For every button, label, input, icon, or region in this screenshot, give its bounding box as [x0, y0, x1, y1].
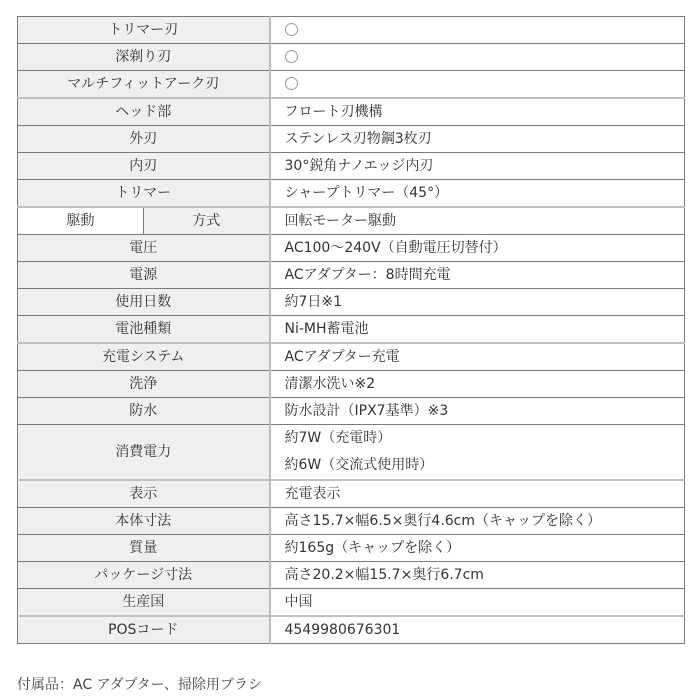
- spec-value: 高さ20.2×幅15.7×奥行6.7cm: [270, 562, 685, 589]
- spec-label: 内刃: [18, 153, 270, 180]
- spec-label: 電池種類: [18, 316, 270, 344]
- spec-label: ヘッド部: [18, 98, 270, 126]
- spec-value: ステンレス刃物鋼3枚刃: [270, 126, 685, 153]
- spec-row-drive-method: 駆動 方式 回転モーター駆動: [18, 207, 685, 235]
- spec-row-package-dimensions: パッケージ寸法 高さ20.2×幅15.7×奥行6.7cm: [18, 562, 685, 589]
- spec-label: マルチフィットアーク刃: [18, 71, 270, 99]
- spec-row-pos-code: POSコード 4549980676301: [18, 616, 685, 644]
- spec-value: 約7日※1: [270, 289, 685, 316]
- spec-table: トリマー刃 深剃り刃 マルチフィットアーク刃 ヘッド部 フロート刃機構 外刃 ス…: [17, 16, 685, 644]
- spec-row-outer-blade: 外刃 ステンレス刃物鋼3枚刃: [18, 126, 685, 153]
- spec-label: 表示: [18, 480, 270, 508]
- circle-mark-icon: [285, 50, 298, 63]
- spec-row-country: 生産国 中国: [18, 589, 685, 617]
- spec-row-deep-shave-blade: 深剃り刃: [18, 44, 685, 71]
- spec-value: [270, 17, 685, 44]
- spec-value: 回転モーター駆動: [270, 207, 685, 235]
- spec-value: フロート刃機構: [270, 98, 685, 126]
- spec-value: 中国: [270, 589, 685, 617]
- spec-label: 深剃り刃: [18, 44, 270, 71]
- spec-value: 高さ15.7×幅6.5×奥行4.6cm（キャップを除く）: [270, 508, 685, 535]
- spec-label: 消費電力: [18, 425, 270, 481]
- spec-label: 防水: [18, 398, 270, 425]
- spec-label: 質量: [18, 535, 270, 562]
- spec-row-inner-blade: 内刃 30°鋭角ナノエッジ内刃: [18, 153, 685, 180]
- spec-row-trimmer-blade: トリマー刃: [18, 17, 685, 44]
- spec-row-washing: 洗浄 清潔水洗い※2: [18, 371, 685, 398]
- spec-value: [270, 71, 685, 99]
- spec-label: トリマー刃: [18, 17, 270, 44]
- spec-value-line: 約6W（交流式使用時）: [285, 452, 684, 479]
- spec-row-head: ヘッド部 フロート刃機構: [18, 98, 685, 126]
- spec-label: 充電システム: [18, 343, 270, 371]
- spec-label: 使用日数: [18, 289, 270, 316]
- spec-value: [270, 44, 685, 71]
- spec-label: POSコード: [18, 616, 270, 644]
- spec-label: 洗浄: [18, 371, 270, 398]
- circle-mark-icon: [285, 77, 298, 90]
- spec-label: 生産国: [18, 589, 270, 617]
- spec-value: 約7W（充電時） 約6W（交流式使用時）: [270, 425, 685, 481]
- spec-row-power-consumption: 消費電力 約7W（充電時） 約6W（交流式使用時）: [18, 425, 685, 481]
- circle-mark-icon: [285, 23, 298, 36]
- spec-value: ACアダプター充電: [270, 343, 685, 371]
- spec-value: 30°鋭角ナノエッジ内刃: [270, 153, 685, 180]
- spec-value: 4549980676301: [270, 616, 685, 644]
- spec-value: シャープトリマー（45°）: [270, 180, 685, 208]
- spec-row-waterproof: 防水 防水設計（IPX7基準）※3: [18, 398, 685, 425]
- spec-row-voltage: 電圧 AC100〜240V（自動電圧切替付）: [18, 235, 685, 262]
- spec-value: 清潔水洗い※2: [270, 371, 685, 398]
- spec-label: 電源: [18, 262, 270, 289]
- spec-row-weight: 質量 約165g（キャップを除く）: [18, 535, 685, 562]
- spec-value: 約165g（キャップを除く）: [270, 535, 685, 562]
- spec-value: 防水設計（IPX7基準）※3: [270, 398, 685, 425]
- spec-row-charging-system: 充電システム ACアダプター充電: [18, 343, 685, 371]
- spec-row-power-source: 電源 ACアダプター：8時間充電: [18, 262, 685, 289]
- spec-value: AC100〜240V（自動電圧切替付）: [270, 235, 685, 262]
- spec-label: トリマー: [18, 180, 270, 208]
- spec-row-body-dimensions: 本体寸法 高さ15.7×幅6.5×奥行4.6cm（キャップを除く）: [18, 508, 685, 535]
- spec-label: 外刃: [18, 126, 270, 153]
- spec-row-usage-days: 使用日数 約7日※1: [18, 289, 685, 316]
- accessories-note: 付属品：AC アダプター、掃除用ブラシ: [17, 674, 262, 694]
- spec-value: 充電表示: [270, 480, 685, 508]
- spec-sublabel: 方式: [144, 207, 270, 235]
- spec-label: 電圧: [18, 235, 270, 262]
- spec-label: 駆動: [18, 207, 144, 235]
- spec-label: 本体寸法: [18, 508, 270, 535]
- spec-value: ACアダプター：8時間充電: [270, 262, 685, 289]
- spec-row-trimmer: トリマー シャープトリマー（45°）: [18, 180, 685, 208]
- spec-row-multifit-arc-blade: マルチフィットアーク刃: [18, 71, 685, 99]
- spec-row-battery-type: 電池種類 Ni-MH蓄電池: [18, 316, 685, 344]
- spec-value-line: 約7W（充電時）: [285, 425, 684, 452]
- spec-row-display: 表示 充電表示: [18, 480, 685, 508]
- spec-label: パッケージ寸法: [18, 562, 270, 589]
- spec-value: Ni-MH蓄電池: [270, 316, 685, 344]
